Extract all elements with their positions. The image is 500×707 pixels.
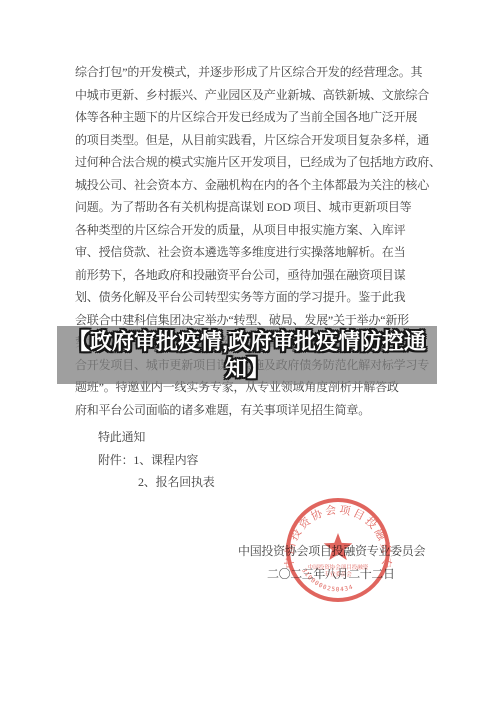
doc-line: 的项目类型。但是，从目前实践看，片区综合开发项目复杂多样，通	[75, 129, 435, 152]
seal-inner-text-1: 中国投资协会项目投融资	[308, 563, 369, 571]
doc-line: 过何种合法合规的模式实施片区开发项目，已经成为了包括地方政府、	[75, 151, 435, 174]
seal-star-icon	[324, 533, 353, 560]
banner-title: 【政府审批疫情,政府审批疫情防控通知】	[57, 328, 437, 382]
doc-line: 审、授信贷款、社会资本遴选等多维度进行实操落地解析。在当	[75, 241, 435, 264]
seal-inner-text-2: 专业委员会	[324, 570, 352, 578]
doc-line: 问题。为了帮助各有关机构提高谋划 EOD 项目、城市更新项目等	[75, 196, 435, 219]
closing-line: 特此通知	[98, 430, 145, 444]
doc-line: 中城市更新、乡村振兴、产业园区及产业新城、高铁新城、文旅综合	[75, 84, 435, 107]
seal-arc-label: 中国投资协会项目投融资专业委员会	[282, 494, 394, 571]
doc-line: 各种类型的片区综合开发的质量，从项目申报实施方案、入库评	[75, 219, 435, 242]
attachment-line-1: 附件：1、课程内容	[98, 453, 198, 467]
overlay-banner: 【政府审批疫情,政府审批疫情防控通知】	[57, 326, 437, 384]
document-page: 综合打包”的开发模式，并逐步形成了片区综合开发的经营理念。其中城市更新、乡村振兴…	[0, 0, 500, 707]
doc-line: 划、债务化解及平台公司转型实务等方面的学习提升。鉴于此我	[75, 286, 435, 309]
doc-line: 城投公司、社会资本方、金融机构在内的各个主体都最为关注的核心	[75, 174, 435, 197]
doc-line: 综合打包”的开发模式，并逐步形成了片区综合开发的经营理念。其	[75, 61, 435, 84]
attachment-line-2: 2、报名回执表	[138, 475, 215, 489]
official-seal: 中国投资协会项目投融资专业委员会 中国投资协会项目投融资 专业委员会 31000…	[282, 494, 394, 606]
doc-line: 体等各种主题下的片区综合开发已经成为了当前全国各地广泛开展	[75, 106, 435, 129]
doc-line: 前形势下，各地政府和投融资平台公司，亟待加强在融资项目谋	[75, 264, 435, 287]
doc-line: 府和平台公司面临的诸多难题，有关事项详见招生简章。	[75, 399, 435, 422]
